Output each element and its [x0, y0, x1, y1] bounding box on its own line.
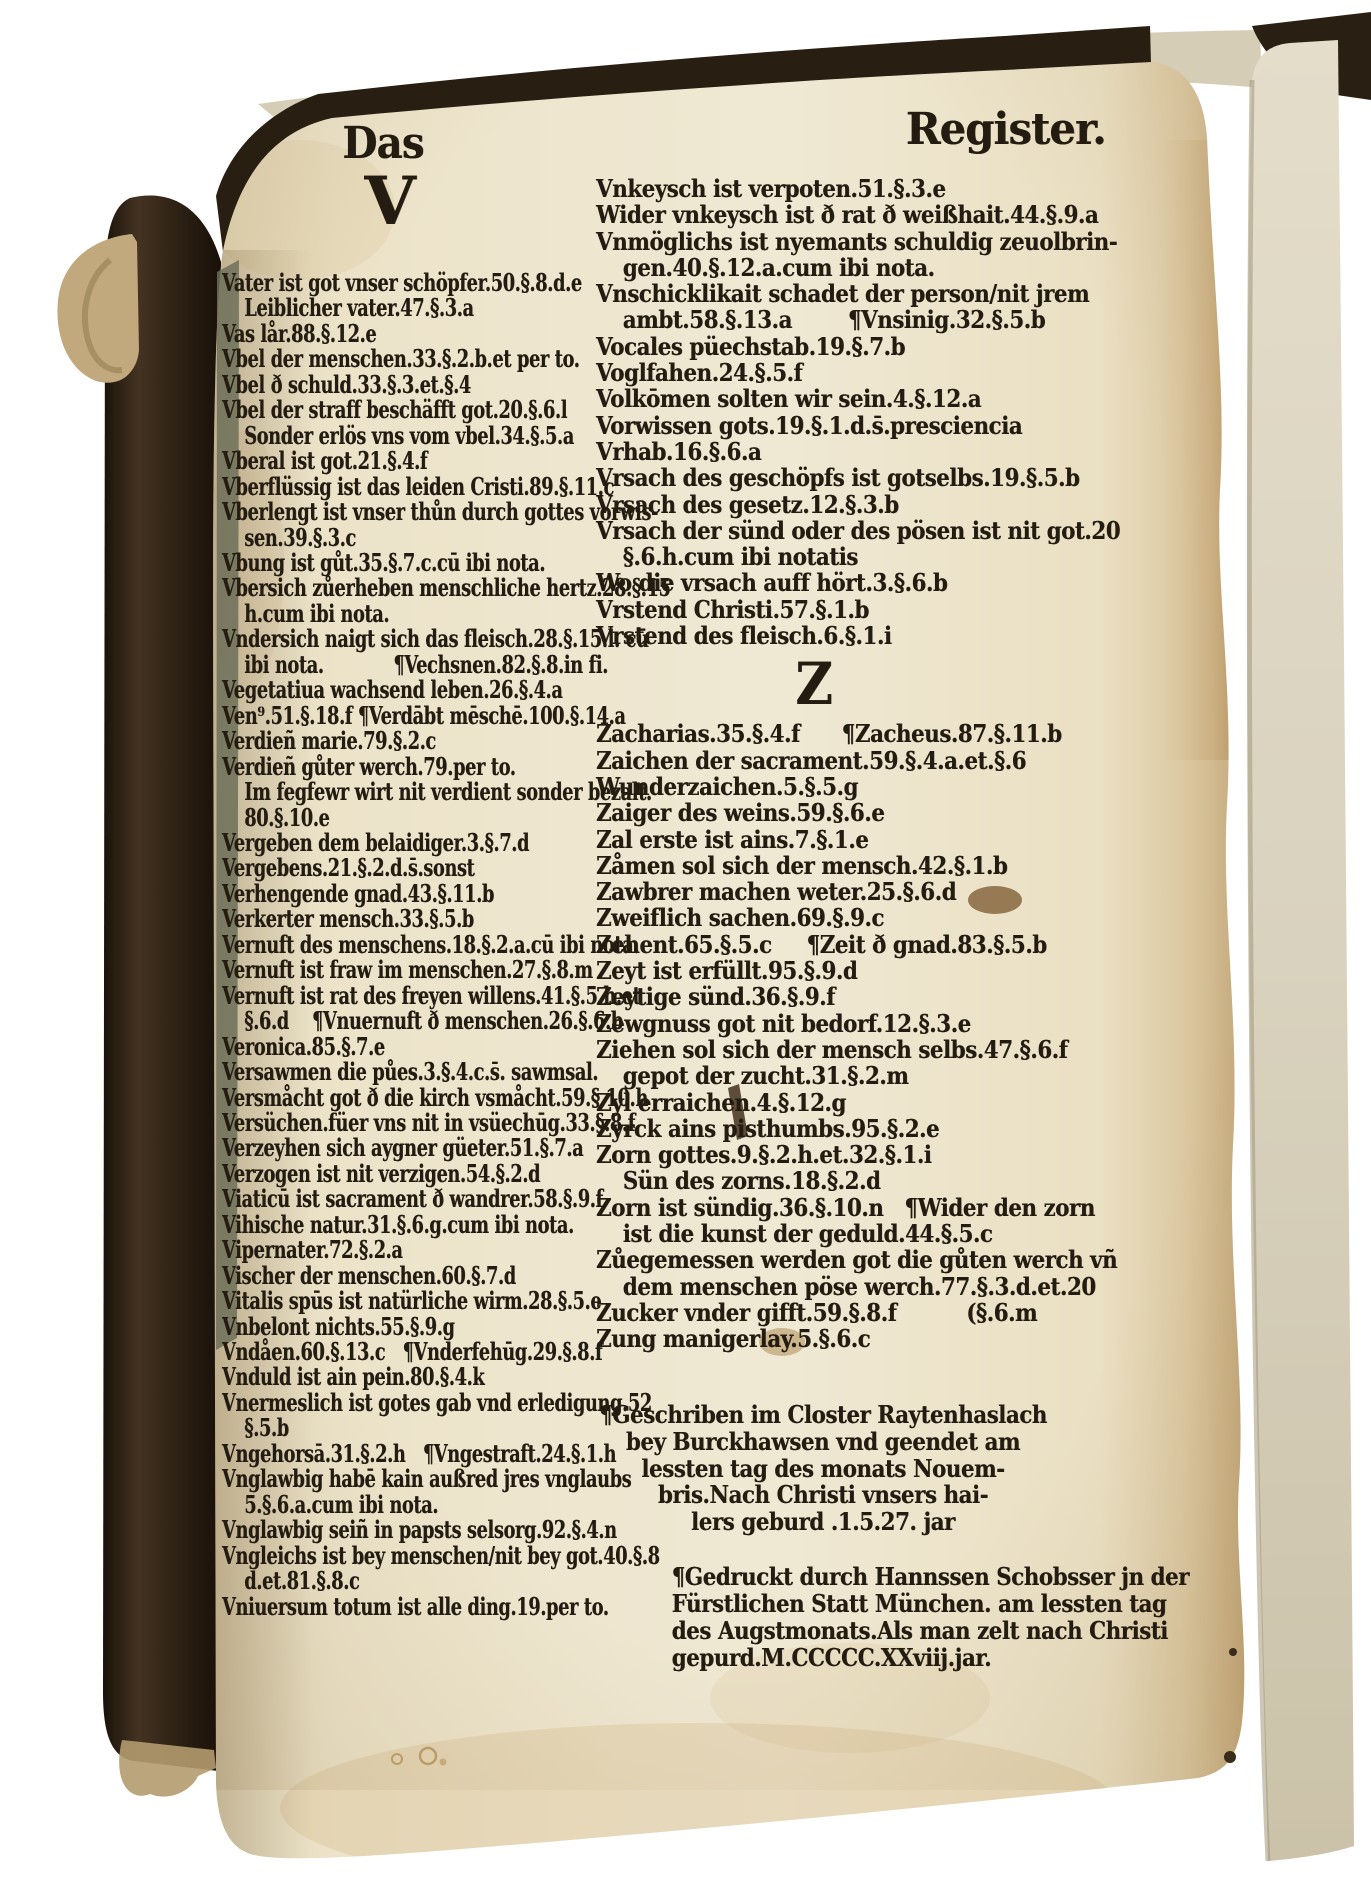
colophon-line: gepurd.M.CCCCC.XXviij.jar.	[672, 1644, 1148, 1671]
index-entry: Vocales püechstab.19.§.7.b	[596, 334, 1148, 360]
book-photo: Das Register. V Vater ist got vnser schö…	[0, 0, 1371, 1890]
index-entry: dem menschen pöse werch.77.§.3.d.et.20	[596, 1274, 1148, 1300]
index-entry: Vrsach der sünd oder des pösen ist nit g…	[596, 518, 1148, 544]
index-entry: Zeyt ist erfüllt.95.§.9.d	[596, 958, 1148, 984]
index-entry: Wo die vrsach auff hört.3.§.6.b	[596, 570, 1148, 596]
index-entry: Wider vnkeysch ist ð rat ð weißhait.44.§…	[596, 202, 1148, 228]
index-entry: Zewgnuss got nit bedorf.12.§.3.e	[596, 1011, 1148, 1037]
index-entry: Volkōmen solten wir sein.4.§.12.a	[596, 386, 1148, 412]
index-entry: Zåmen sol sich der mensch.42.§.1.b	[596, 853, 1148, 879]
fore-edge-leaf-stack	[1247, 40, 1354, 1861]
index-entries-z: Zacharias.35.§.4.f ¶Zacheus.87.§.11.bZai…	[596, 721, 1148, 1352]
index-entry: Zacharias.35.§.4.f ¶Zacheus.87.§.11.b	[596, 721, 1148, 747]
colophon-line: Fürstlichen Statt München. am lessten ta…	[672, 1590, 1148, 1617]
index-entry: Vnschicklikait schadet der person/nit jr…	[596, 281, 1148, 307]
index-entry: gen.40.§.12.a.cum ibi nota.	[596, 255, 1148, 281]
index-entry: Zyl erraichen.4.§.12.g	[596, 1090, 1148, 1116]
index-entry: Zweiflich sachen.69.§.9.c	[596, 905, 1148, 931]
index-entry: Zorn gottes.9.§.2.h.et.32.§.1.i	[596, 1142, 1148, 1168]
colophon-line: lessten tag des monats Nouem-	[596, 1456, 1050, 1483]
index-entry: Vnmöglichs ist nyemants schuldig zeuolbr…	[596, 229, 1148, 255]
colophon-line: lers geburd .1.5.27. jar	[596, 1509, 1050, 1536]
index-entry: Zůegemessen werden got die gůten werch v…	[596, 1247, 1148, 1273]
index-entry: Vorwissen gots.19.§.1.d.s̄.presciencia	[596, 413, 1148, 439]
colophon-line: ¶Geschriben im Closter Raytenhaslach	[596, 1402, 1050, 1429]
index-entry: Vrstend Christi.57.§.1.b	[596, 597, 1148, 623]
index-entry: Zehent.65.§.5.c ¶Zeit ð gnad.83.§.5.b	[596, 932, 1148, 958]
index-entry: ambt.58.§.13.a ¶Vnsinig.32.§.5.b	[596, 307, 1148, 333]
index-entry: Zaichen der sacrament.59.§.4.a.et.§.6	[596, 748, 1148, 774]
index-entry: Zorn ist sündig.36.§.10.n ¶Wider den zor…	[596, 1195, 1148, 1221]
running-title-right: Register.	[868, 104, 1144, 155]
index-entry: gepot der zucht.31.§.2.m	[596, 1063, 1148, 1089]
section-initial-z: Z	[596, 649, 1032, 721]
colophon-line: ¶Gedruckt durch Hannssen Schobsser jn de…	[672, 1563, 1148, 1590]
section-initial-v: V	[328, 168, 452, 234]
colophon-line: bey Burckhawsen vnd geendet am	[596, 1429, 1050, 1456]
index-entry: Vrstend des fleisch.6.§.1.i	[596, 623, 1148, 649]
index-entry: §.6.h.cum ibi notatis	[596, 544, 1148, 570]
gutter-speck	[1229, 1648, 1237, 1656]
index-entry: Zyrck ains pisthumbs.95.§.2.e	[596, 1116, 1148, 1142]
index-entry: Vrsach des geschöpfs ist gotselbs.19.§.5…	[596, 465, 1148, 491]
index-entry: Ziehen sol sich der mensch selbs.47.§.6.…	[596, 1037, 1148, 1063]
scribal-colophon: ¶Geschriben im Closter Raytenhaslachbey …	[596, 1402, 1050, 1535]
index-column-right: Vnkeysch ist verpoten.51.§.3.eWider vnke…	[596, 176, 1148, 1671]
colophon-line: bris.Nach Christi vnsers hai-	[596, 1482, 1050, 1509]
index-entry: Zal erste ist ains.7.§.1.e	[596, 827, 1148, 853]
index-entries-v: Vnkeysch ist verpoten.51.§.3.eWider vnke…	[596, 176, 1148, 649]
index-entry: Vnkeysch ist verpoten.51.§.3.e	[596, 176, 1148, 202]
index-entry: Voglfahen.24.§.5.f	[596, 360, 1148, 386]
index-entry: Zung manigerlay.5.§.6.c	[596, 1326, 1148, 1352]
index-entry: Zaiger des weins.59.§.6.e	[596, 800, 1148, 826]
index-entry: Wunderzaichen.5.§.5.g	[596, 774, 1148, 800]
index-entry: Zucker vnder gifft.59.§.8.f (§.6.m	[596, 1300, 1148, 1326]
gutter-speck	[1224, 1751, 1236, 1763]
index-entry: Vrsach des gesetz.12.§.3.b	[596, 492, 1148, 518]
printer-colophon: ¶Gedruckt durch Hannssen Schobsser jn de…	[672, 1563, 1148, 1671]
colophon-line: des Augstmonats.Als man zelt nach Christ…	[672, 1617, 1148, 1644]
index-entry: Sün des zorns.18.§.2.d	[596, 1168, 1148, 1194]
index-entry: Zawbrer machen weter.25.§.6.d	[596, 879, 1148, 905]
index-entry: Vrhab.16.§.6.a	[596, 439, 1148, 465]
spine-cover	[103, 195, 221, 1771]
index-entry: ist die kunst der geduld.44.§.5.c	[596, 1221, 1148, 1247]
index-entry: Zeytige sünd.36.§.9.f	[596, 984, 1148, 1010]
